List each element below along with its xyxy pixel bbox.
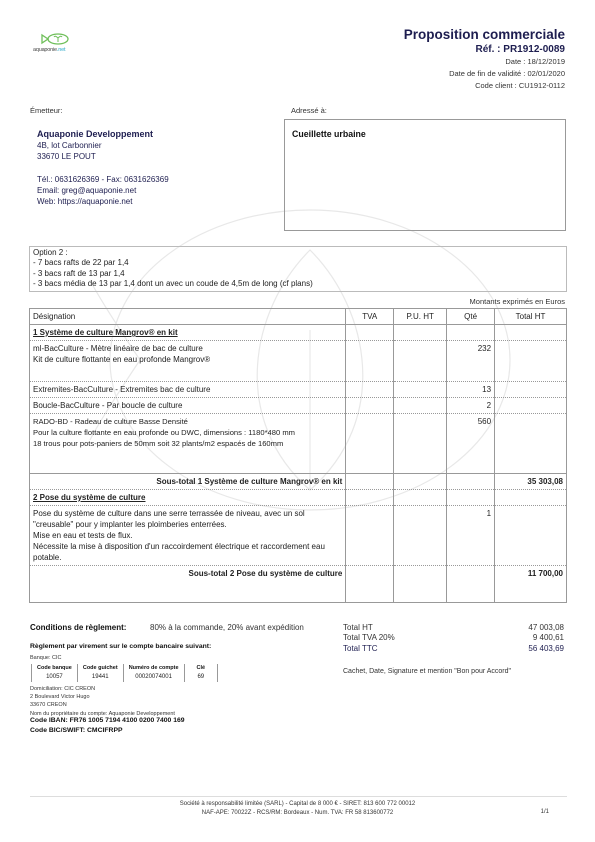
table-header-row: Désignation TVA P.U. HT Qté Total HT <box>30 309 567 325</box>
document-ref: Réf. : PR1912-0089 <box>404 43 565 56</box>
company-logo: aquaponie.net <box>28 32 88 54</box>
table-row: Pose du système de culture dans une serr… <box>30 506 567 566</box>
footer: Société à responsabilité limitée (SARL) … <box>0 800 595 818</box>
iban-block: Code IBAN: FR76 1005 7194 4100 0200 7400… <box>30 716 185 735</box>
table-row: Boucle-BacCulture - Par boucle de cultur… <box>30 398 567 414</box>
section-title: 1 Système de culture Mangrov® en kit <box>30 325 346 341</box>
bank-name: Banque: CIC <box>30 655 62 661</box>
logo-text: aquaponie.net <box>33 47 65 53</box>
total-ht-row: Total HT47 003,08 <box>343 623 564 633</box>
total-tva-row: Total TVA 20%9 400,61 <box>343 633 564 643</box>
subtotal-value: 35 303,08 <box>495 474 567 490</box>
item-qty: 232 <box>447 341 495 382</box>
account-number-header: Numéro de compte <box>123 664 184 673</box>
sender-address2: 33670 LE POUT <box>37 151 169 162</box>
note-line: - 7 bacs rafts de 22 par 1,4 <box>33 258 563 268</box>
account-number: 00020074001 <box>123 673 184 682</box>
total-ttc-row: Total TTC56 403,69 <box>343 644 564 654</box>
subtotal-value: 11 700,00 <box>495 566 567 603</box>
subtotal-row: Sous-total 2 Pose du système de culture … <box>30 566 567 603</box>
bic: Code BIC/SWIFT: CMCIFRPP <box>30 726 185 736</box>
footer-line1: Société à responsabilité limitée (SARL) … <box>0 800 595 809</box>
sender-web: Web: https://aquaponie.net <box>37 196 169 207</box>
signature-note: Cachet, Date, Signature et mention "Bon … <box>343 668 511 675</box>
item-designation: Pose du système de culture dans une serr… <box>30 506 346 566</box>
document-title: Proposition commerciale <box>404 27 565 43</box>
bank-details-table: Code banque Code guichet Numéro de compt… <box>31 664 236 682</box>
note-line: - 3 bacs média de 13 par 1,4 dont un ave… <box>33 279 563 289</box>
col-total: Total HT <box>495 309 567 325</box>
branch-code: 19441 <box>77 673 123 682</box>
item-designation: RADO-BD - Radeau de culture Basse Densit… <box>30 414 346 474</box>
table-row: ml-BacCulture - Mètre linéaire de bac de… <box>30 341 567 382</box>
recipient-label: Adressé à: <box>291 106 327 115</box>
iban: Code IBAN: FR76 1005 7194 4100 0200 7400… <box>30 716 185 726</box>
col-designation: Désignation <box>30 309 346 325</box>
recipient-box: Cueillette urbaine <box>284 119 566 231</box>
document-date: Date : 18/12/2019 <box>404 56 565 68</box>
conditions-value: 80% à la commande, 20% avant expédition <box>150 623 304 632</box>
recipient-name: Cueillette urbaine <box>292 129 366 139</box>
col-qty: Qté <box>447 309 495 325</box>
sender-label: Émetteur: <box>30 106 63 115</box>
col-tva: TVA <box>346 309 394 325</box>
subtotal-label: Sous-total 1 Système de culture Mangrov®… <box>30 474 346 490</box>
table-row: RADO-BD - Radeau de culture Basse Densit… <box>30 414 567 474</box>
sender-email: Email: greg@aquaponie.net <box>37 185 169 196</box>
section-row: 2 Pose du système de culture <box>30 490 567 506</box>
subtotal-row: Sous-total 1 Système de culture Mangrov®… <box>30 474 567 490</box>
items-table: Désignation TVA P.U. HT Qté Total HT 1 S… <box>29 308 567 603</box>
currency-note: Montants exprimés en Euros <box>470 297 565 306</box>
sender-address1: 4B, lot Carbonnier <box>37 140 169 151</box>
proposal-note: Option 2 : - 7 bacs rafts de 22 par 1,4 … <box>29 246 567 292</box>
totals-block: Total HT47 003,08 Total TVA 20%9 400,61 … <box>343 623 564 654</box>
payment-conditions: Conditions de règlement: 80% à la comman… <box>30 623 126 632</box>
note-line: Option 2 : <box>33 248 563 258</box>
item-designation: Boucle-BacCulture - Par boucle de cultur… <box>30 398 346 414</box>
table-row: Extremites-BacCulture - Extremites bac d… <box>30 382 567 398</box>
page-number: 1/1 <box>541 809 549 815</box>
fish-plant-icon <box>28 32 88 48</box>
branch-code-header: Code guichet <box>77 664 123 673</box>
note-line: - 3 bacs raft de 13 par 1,4 <box>33 269 563 279</box>
item-qty: 13 <box>447 382 495 398</box>
sender-name: Aquaponie Developpement <box>37 128 169 140</box>
item-qty: 1 <box>447 506 495 566</box>
col-pu: P.U. HT <box>394 309 447 325</box>
document-header: Proposition commerciale Réf. : PR1912-00… <box>404 27 565 92</box>
domiciliation: Domiciliation: CIC CREON 2 Boulevard Vic… <box>30 685 175 718</box>
bank-code: 10057 <box>32 673 78 682</box>
section-row: 1 Système de culture Mangrov® en kit <box>30 325 567 341</box>
account-key: 69 <box>184 673 218 682</box>
item-qty: 560 <box>447 414 495 474</box>
item-designation: ml-BacCulture - Mètre linéaire de bac de… <box>30 341 346 382</box>
item-designation: Extremites-BacCulture - Extremites bac d… <box>30 382 346 398</box>
item-qty: 2 <box>447 398 495 414</box>
client-code: Code client : CU1912-0112 <box>404 80 565 92</box>
footer-divider <box>30 796 567 797</box>
validity-date: Date de fin de validité : 02/01/2020 <box>404 68 565 80</box>
bank-code-header: Code banque <box>32 664 78 673</box>
transfer-label: Règlement par virement sur le compte ban… <box>30 643 211 650</box>
sender-phone: Tél.: 0631626369 - Fax: 0631626369 <box>37 174 169 185</box>
footer-line2: NAF-APE: 70022Z - RCS/RM: Bordeaux - Num… <box>0 809 595 818</box>
sender-block: Aquaponie Developpement 4B, lot Carbonni… <box>37 128 169 207</box>
conditions-label: Conditions de règlement: <box>30 623 126 632</box>
subtotal-label: Sous-total 2 Pose du système de culture <box>30 566 346 603</box>
section-title: 2 Pose du système de culture <box>30 490 346 506</box>
key-header: Clé <box>184 664 218 673</box>
